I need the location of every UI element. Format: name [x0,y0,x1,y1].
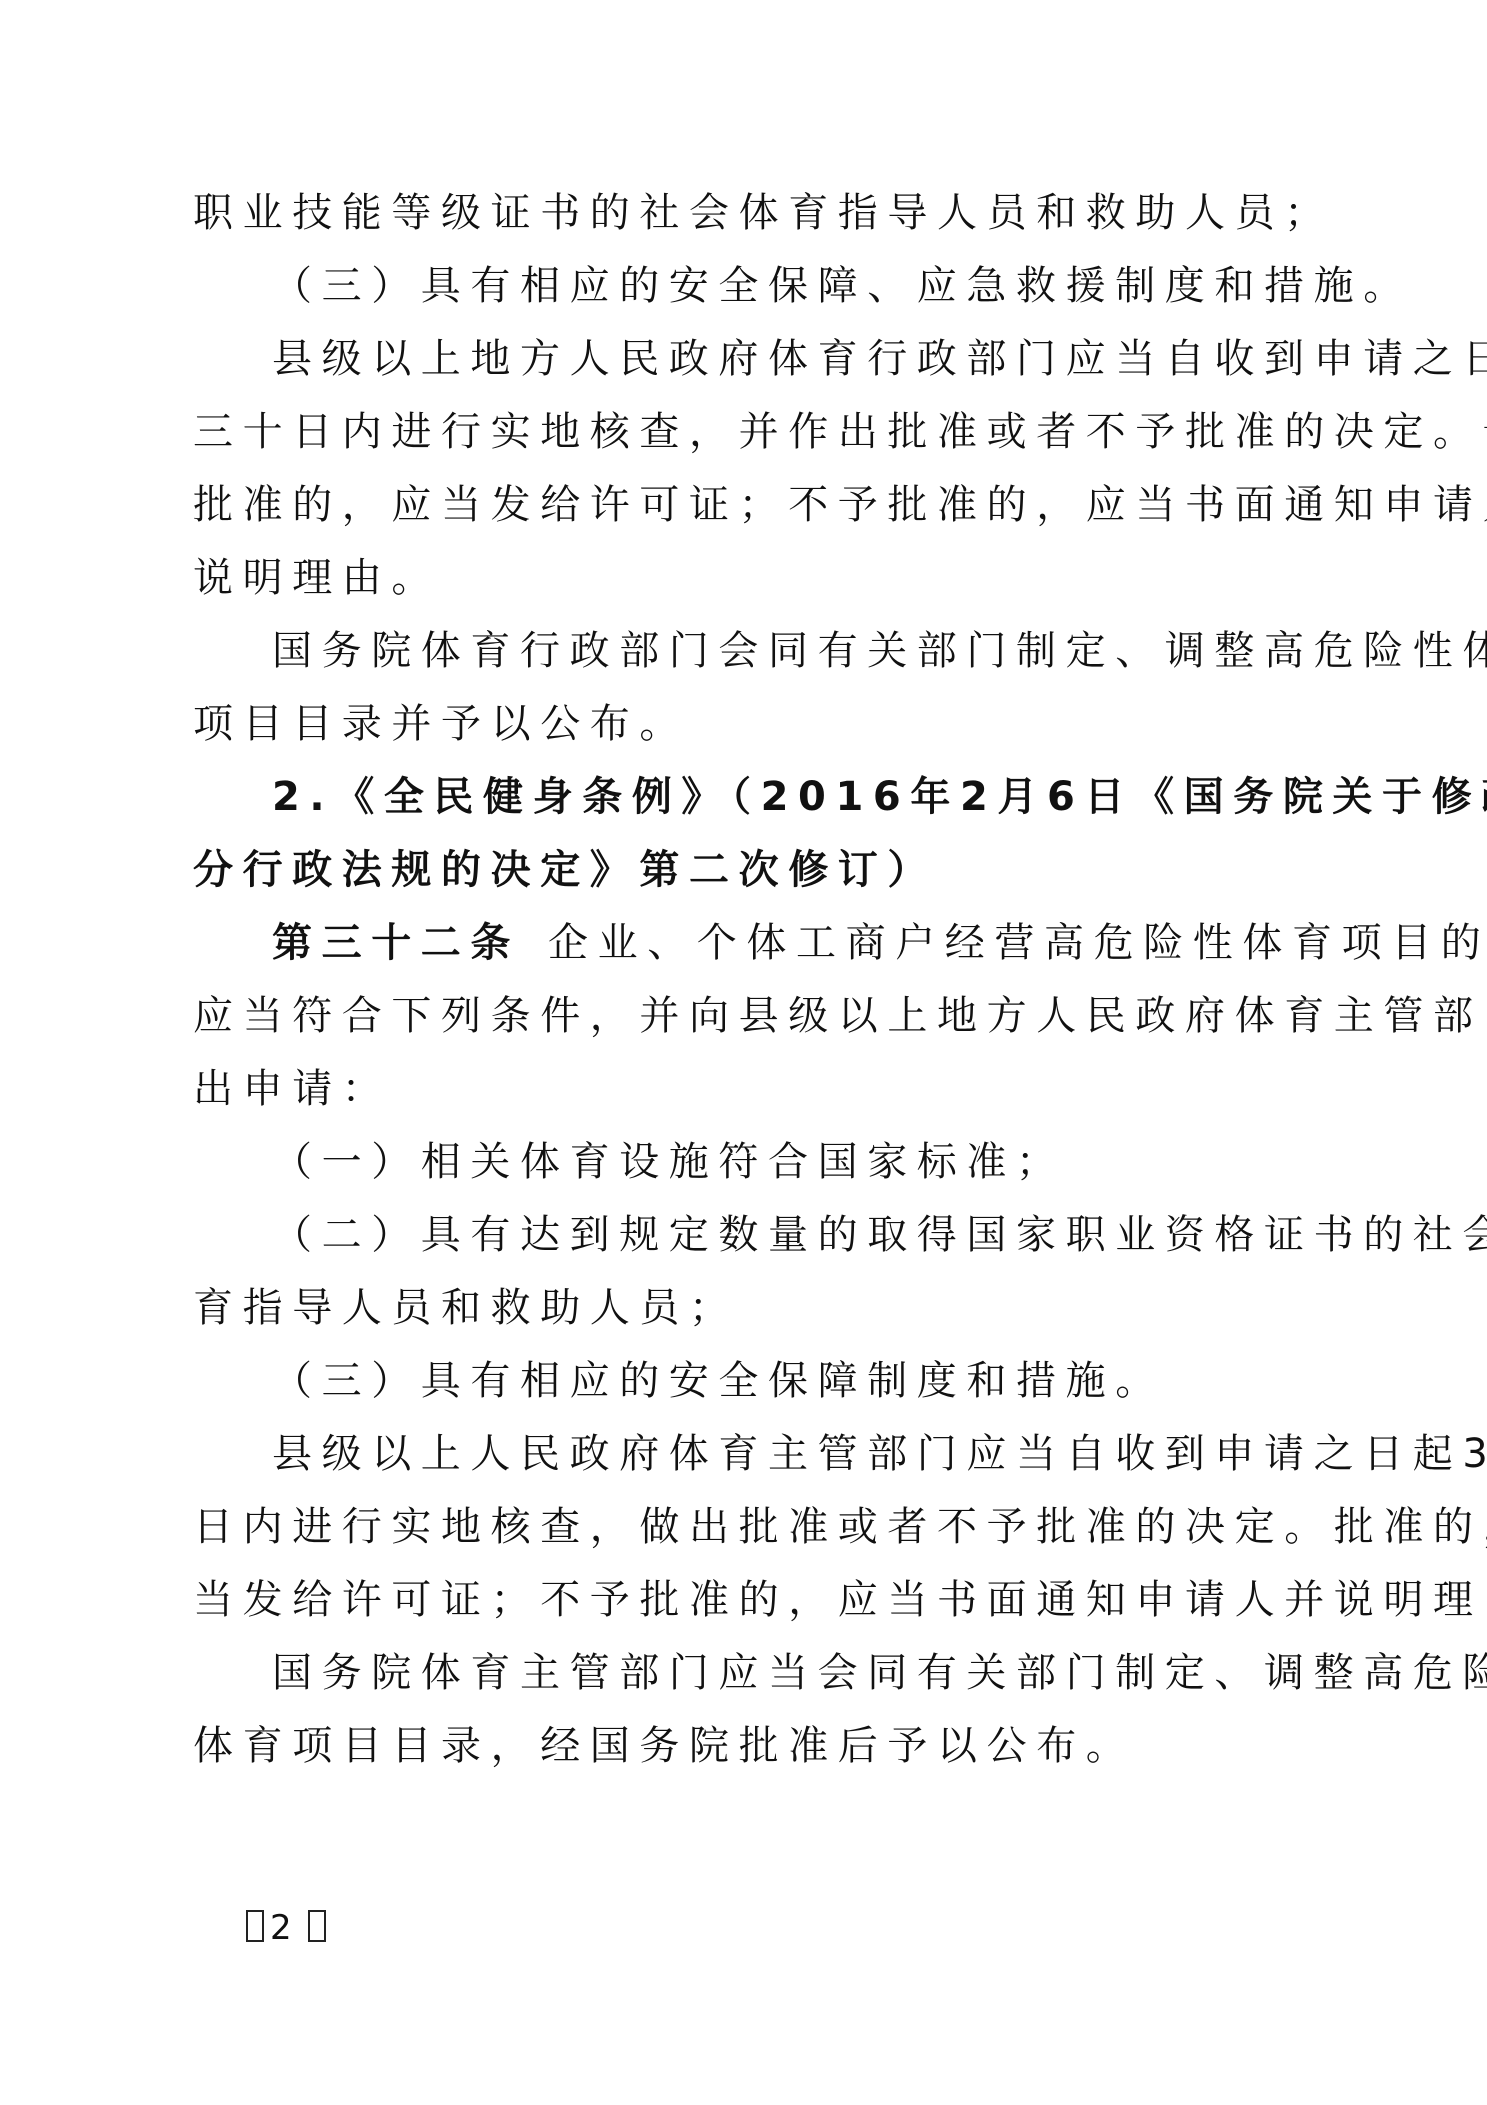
paragraph-line: 国务院体育行政部门会同有关部门制定、调整高危险性体育 [272,625,1302,677]
list-item-line: （三）具有相应的安全保障、应急救援制度和措施。 [272,260,1302,312]
page-number: 2 [240,1908,332,1948]
paragraph-line: 职业技能等级证书的社会体育指导人员和救助人员； [193,187,1303,239]
document-page: 职业技能等级证书的社会体育指导人员和救助人员； （三）具有相应的安全保障、应急救… [0,0,1487,2105]
missing-glyph-icon [246,1910,264,1942]
paragraph-line: 体育项目目录，经国务院批准后予以公布。 [193,1720,1303,1772]
paragraph-line: 出申请： [193,1063,1303,1115]
list-item-line: （二）具有达到规定数量的取得国家职业资格证书的社会体 [272,1209,1302,1261]
paragraph-line: 县级以上人民政府体育主管部门应当自收到申请之日起30 [272,1428,1302,1480]
list-item-line: （一）相关体育设施符合国家标准； [272,1136,1302,1188]
list-item-line: （三）具有相应的安全保障制度和措施。 [272,1355,1302,1407]
paragraph-line: 县级以上地方人民政府体育行政部门应当自收到申请之日起 [272,333,1302,385]
paragraph-line: 当发给许可证；不予批准的，应当书面通知申请人并说明理由。 [193,1574,1303,1626]
missing-glyph-icon [308,1910,326,1942]
article-line: 第三十二条企业、个体工商户经营高危险性体育项目的， [272,917,1302,969]
paragraph-line: 国务院体育主管部门应当会同有关部门制定、调整高危险性 [272,1647,1302,1699]
paragraph-line: 育指导人员和救助人员； [193,1282,1303,1334]
paragraph-line: 项目目录并予以公布。 [193,698,1303,750]
paragraph-line: 说明理由。 [193,552,1303,604]
section-heading-line: 2.《全民健身条例》（2016年2月6日《国务院关于修改部 [272,771,1302,823]
paragraph-line: 日内进行实地核查，做出批准或者不予批准的决定。批准的，应 [193,1501,1303,1553]
article-text: 企业、个体工商户经营高危险性体育项目的， [548,920,1487,966]
section-heading-line: 分行政法规的决定》第二次修订） [193,844,1303,896]
paragraph-line: 三十日内进行实地核查，并作出批准或者不予批准的决定。予以 [193,406,1303,458]
paragraph-line: 应当符合下列条件，并向县级以上地方人民政府体育主管部门提 [193,990,1303,1042]
page-number-value: 2 [270,1908,302,1948]
article-label: 第三十二条 [272,920,520,966]
paragraph-line: 批准的，应当发给许可证；不予批准的，应当书面通知申请人并 [193,479,1303,531]
